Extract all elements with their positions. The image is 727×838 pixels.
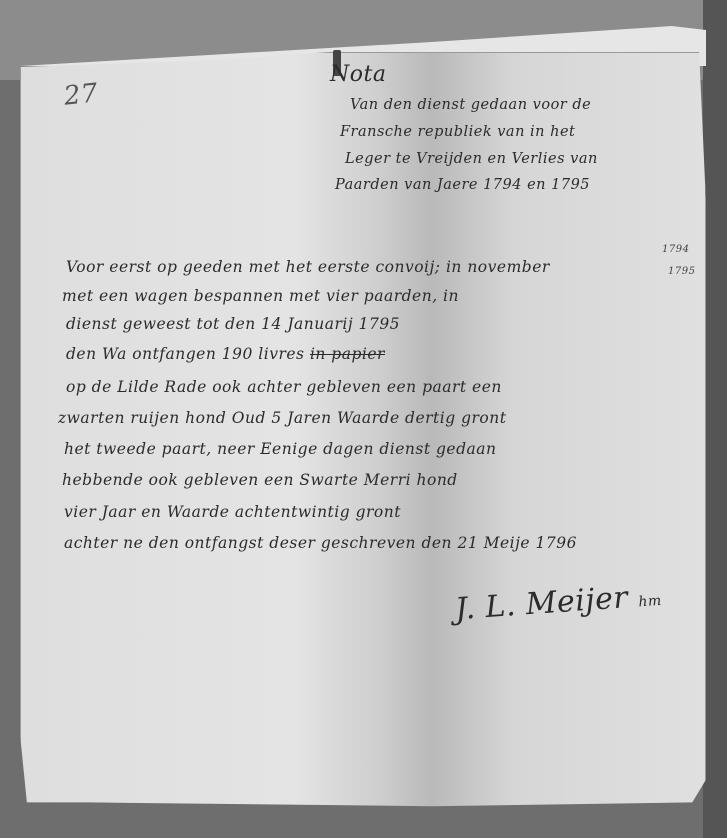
body-line: met een wagen bespannen met vier paarden… [62, 287, 459, 305]
margin-note: 1794 [662, 244, 689, 255]
body-line: achter ne den ontfangst deser geschreven… [64, 534, 577, 552]
signature-suffix: hm [638, 593, 662, 611]
body-line: dienst geweest tot den 14 Januarij 1795 [66, 315, 400, 333]
body-line: Voor eerst op geeden met het eerste conv… [66, 258, 550, 276]
scanner-background-right [703, 0, 727, 838]
header-line: Fransche republiek van in het [340, 124, 575, 140]
header-line: Paarden van Jaere 1794 en 1795 [335, 177, 590, 193]
body-line: op de Lilde Rade ook achter gebleven een… [66, 378, 502, 396]
body-line: zwarten ruijen hond Oud 5 Jaren Waarde d… [58, 409, 506, 427]
body-line: hebbende ook gebleven een Swarte Merri h… [62, 471, 458, 489]
page-number: 27 [63, 78, 100, 111]
struck-text: in papier [310, 345, 385, 363]
body-line: het tweede paart, neer Eenige dagen dien… [64, 440, 496, 458]
body-line: vier Jaar en Waarde achtentwintig gront [64, 503, 401, 521]
header-line: Leger te Vreijden en Verlies van [345, 151, 598, 167]
header-line: Van den dienst gedaan voor de [350, 97, 591, 113]
document-title: Nota [330, 62, 386, 87]
body-line-text: den Wa ontfangen 190 livres [66, 345, 305, 363]
margin-note: 1795 [668, 266, 695, 277]
body-line: den Wa ontfangen 190 livres in papier [66, 345, 385, 363]
